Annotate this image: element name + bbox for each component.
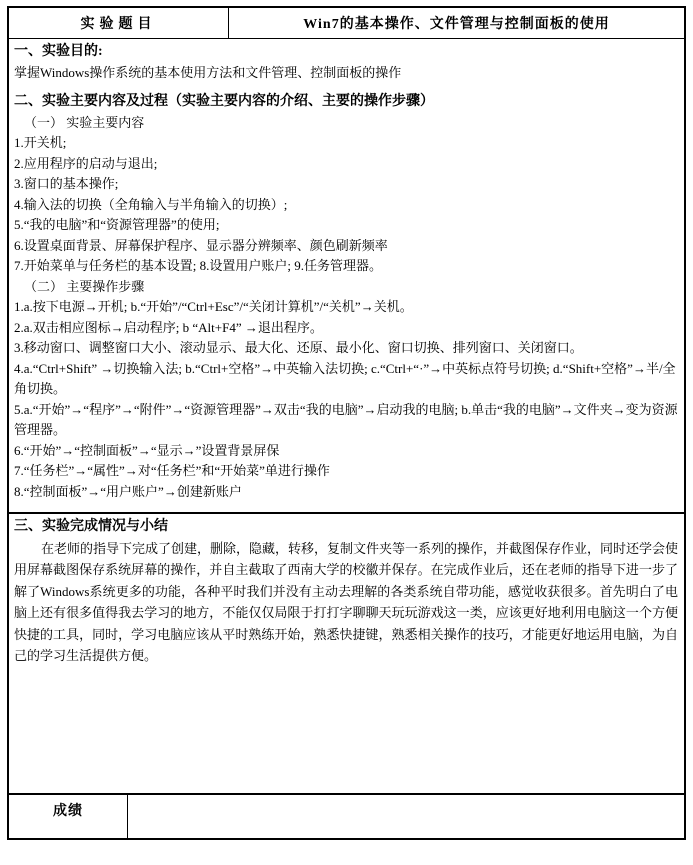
- text-line: 6.设置桌面背景、屏幕保护程序、显示器分辨频率、颜色刷新频率: [14, 236, 678, 257]
- text-line: 6.“开始”→“控制面板”→“显示→”设置背景屏保: [14, 441, 678, 462]
- text-line: 1.开关机;: [14, 133, 678, 154]
- text-line: 4.输入法的切换（全角输入与半角输入的切换）;: [14, 195, 678, 216]
- section2-content-list: 1.开关机;2.应用程序的启动与退出;3.窗口的基本操作;4.输入法的切换（全角…: [14, 133, 678, 277]
- section2-sub1-heading: （一） 实验主要内容: [14, 113, 678, 134]
- blank-line: [14, 83, 678, 92]
- section1-body: 掌握Windows操作系统的基本使用方法和文件管理、控制面板的操作: [14, 63, 678, 84]
- text-line: 7.开始菜单与任务栏的基本设置; 8.设置用户账户; 9.任务管理器。: [14, 256, 678, 277]
- grade-value: [128, 795, 684, 838]
- experiment-title-label: 实验题目: [9, 8, 229, 38]
- grade-row: 成绩: [9, 795, 684, 838]
- text-line: 5.“我的电脑”和“资源管理器”的使用;: [14, 215, 678, 236]
- title-row: 实验题目 Win7的基本操作、文件管理与控制面板的使用: [9, 8, 684, 39]
- experiment-report-page: 实验题目 Win7的基本操作、文件管理与控制面板的使用 一、实验目的: 掌握Wi…: [0, 0, 693, 865]
- section3-heading: 三、实验完成情况与小结: [14, 517, 678, 538]
- summary-cell: 三、实验完成情况与小结 在老师的指导下完成了创建，删除，隐藏，转移，复制文件夹等…: [9, 514, 684, 795]
- section1-heading: 一、实验目的:: [14, 42, 678, 63]
- text-line: 4.a.“Ctrl+Shift” →切换输入法; b.“Ctrl+空格”→中英输…: [14, 359, 678, 400]
- text-line: 1.a.按下电源→开机; b.“开始”/“Ctrl+Esc”/“关闭计算机”/“…: [14, 297, 678, 318]
- text-line: 5.a.“开始”→“程序”→“附件”→“资源管理器”→双击“我的电脑”→启动我的…: [14, 400, 678, 441]
- section2-sub2-heading: （二） 主要操作步骤: [14, 277, 678, 298]
- text-line: 3.窗口的基本操作;: [14, 174, 678, 195]
- text-line: 2.应用程序的启动与退出;: [14, 154, 678, 175]
- section2-heading: 二、实验主要内容及过程（实验主要内容的介绍、主要的操作步骤）: [14, 92, 678, 113]
- text-line: 2.a.双击相应图标→启动程序; b “Alt+F4” →退出程序。: [14, 318, 678, 339]
- section3-body: 在老师的指导下完成了创建，删除，隐藏，转移，复制文件夹等一系列的操作，并截图保存…: [14, 538, 678, 667]
- text-line: 7.“任务栏”→“属性”→对“任务栏”和“开始菜”单进行操作: [14, 461, 678, 482]
- grade-label: 成绩: [9, 795, 128, 838]
- experiment-title-value: Win7的基本操作、文件管理与控制面板的使用: [229, 8, 684, 38]
- text-line: 3.移动窗口、调整窗口大小、滚动显示、最大化、还原、最小化、窗口切换、排列窗口、…: [14, 338, 678, 359]
- report-table: 实验题目 Win7的基本操作、文件管理与控制面板的使用 一、实验目的: 掌握Wi…: [7, 6, 686, 840]
- section2-steps-list: 1.a.按下电源→开机; b.“开始”/“Ctrl+Esc”/“关闭计算机”/“…: [14, 297, 678, 502]
- text-line: 8.“控制面板”→“用户账户”→创建新账户: [14, 482, 678, 503]
- main-content-cell: 一、实验目的: 掌握Windows操作系统的基本使用方法和文件管理、控制面板的操…: [9, 39, 684, 514]
